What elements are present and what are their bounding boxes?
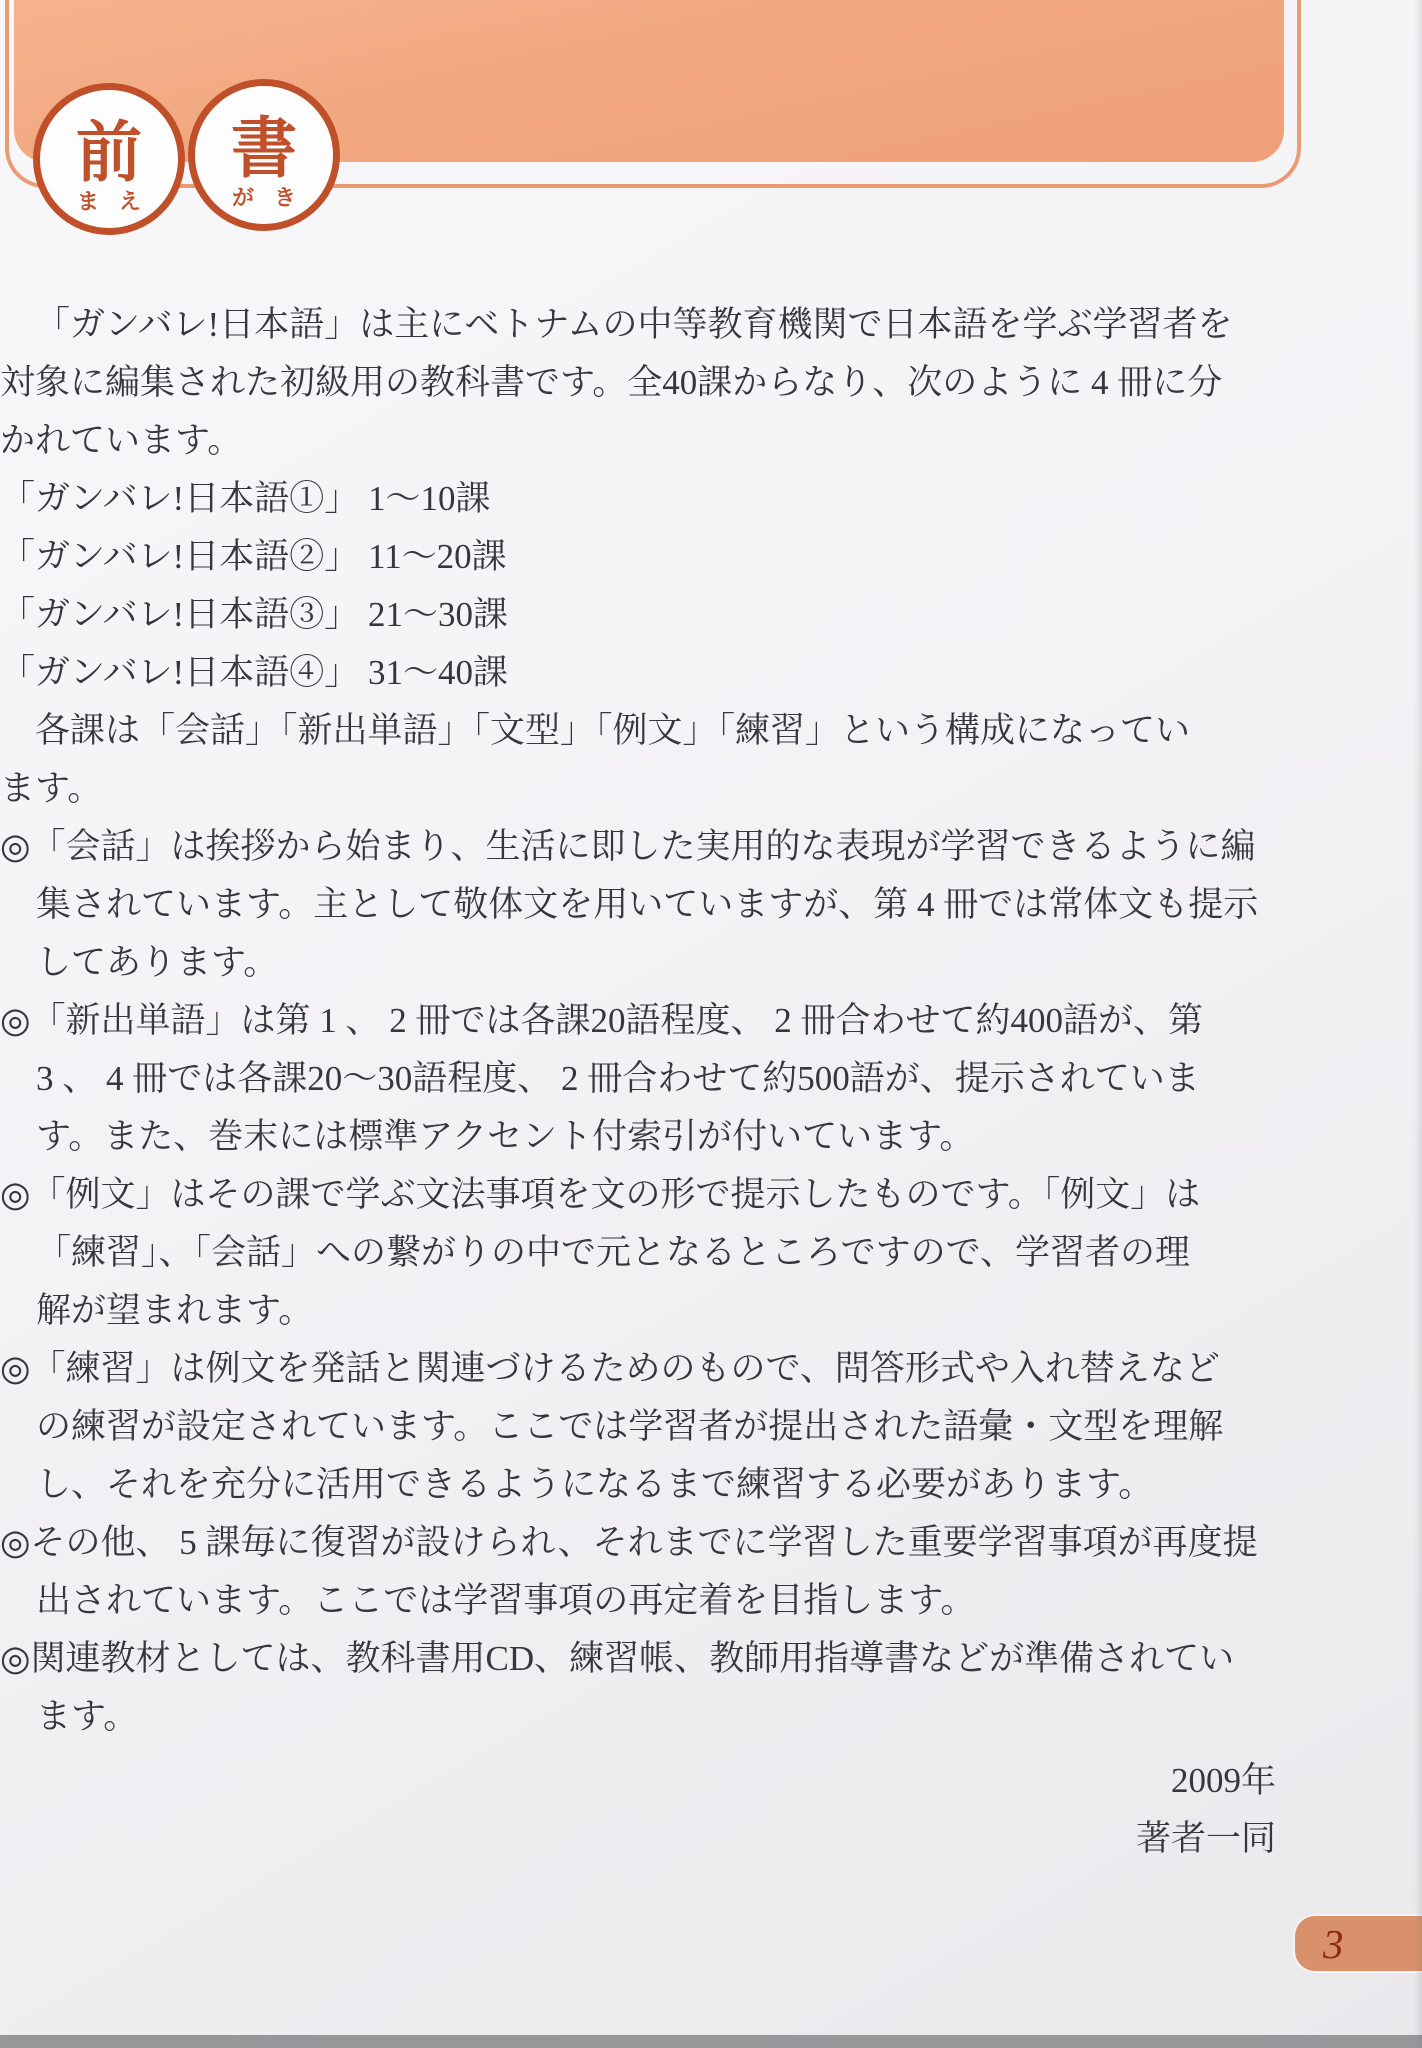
preface-text: 「ガンバレ!日本語」は主にベトナムの中等教育機関で日本語を学ぶ学習者を 対象に編… xyxy=(0,296,1422,1746)
bullet-sonota-fukushu: ◎その他、 5 課毎に復習が設けられ、それまでに学習した重要学習事項が再度提 出… xyxy=(0,1514,1422,1630)
paragraph-intro: 「ガンバレ!日本語」は主にベトナムの中等教育機関で日本語を学ぶ学習者を 対象に編… xyxy=(0,296,1422,470)
badge-kanji-mae: 前 xyxy=(40,117,178,187)
photo-edge-bottom xyxy=(0,2035,1422,2048)
badge-kanji-gaki: 書 xyxy=(195,113,333,183)
textbook-preface-page: 前 まえ 書 がき 「ガンバレ!日本語」は主にベトナムの中等教育機関で日本語を学… xyxy=(0,0,1422,2048)
badge-furigana-gaki: がき xyxy=(195,185,333,211)
paragraph-lesson-structure: 各課は「会話」「新出単語」「文型」「例文」「練習」という構成になってい ます。 xyxy=(0,702,1422,818)
signoff: 2009年 著者一同 xyxy=(1136,1752,1276,1868)
title-badge-gaki: 書 がき xyxy=(188,79,340,231)
bullet-reibun: ◎「例文」はその課で学ぶ文法事項を文の形で提示したものです。「例文」は 「練習」… xyxy=(0,1166,1422,1340)
bullet-shinshutsu-tango: ◎「新出単語」は第 1 、 2 冊では各課20語程度、 2 冊合わせて約400語… xyxy=(0,992,1422,1166)
bullet-kaiwa: ◎「会話」は挨拶から始まり、生活に即した実用的な表現が学習できるように編 集され… xyxy=(0,818,1422,992)
badge-furigana-mae: まえ xyxy=(40,189,178,215)
signoff-author: 著者一同 xyxy=(1136,1810,1276,1868)
title-badge-mae: 前 まえ xyxy=(33,83,185,235)
photo-edge-right xyxy=(1414,0,1422,2048)
bullet-kanren-kyozai: ◎関連教材としては、教科書用CD、練習帳、教師用指導書などが準備されてい ます。 xyxy=(0,1630,1422,1746)
page-number-tab: 3 xyxy=(1295,1916,1422,1971)
signoff-year: 2009年 xyxy=(1136,1752,1276,1810)
bullet-renshu: ◎「練習」は例文を発話と関連づけるためのもので、問答形式や入れ替えなど の練習が… xyxy=(0,1340,1422,1514)
book-volume-list: 「ガンバレ!日本語①」 1〜10課 「ガンバレ!日本語②」 11〜20課 「ガン… xyxy=(0,470,1422,702)
page-number: 3 xyxy=(1323,1918,1422,1970)
